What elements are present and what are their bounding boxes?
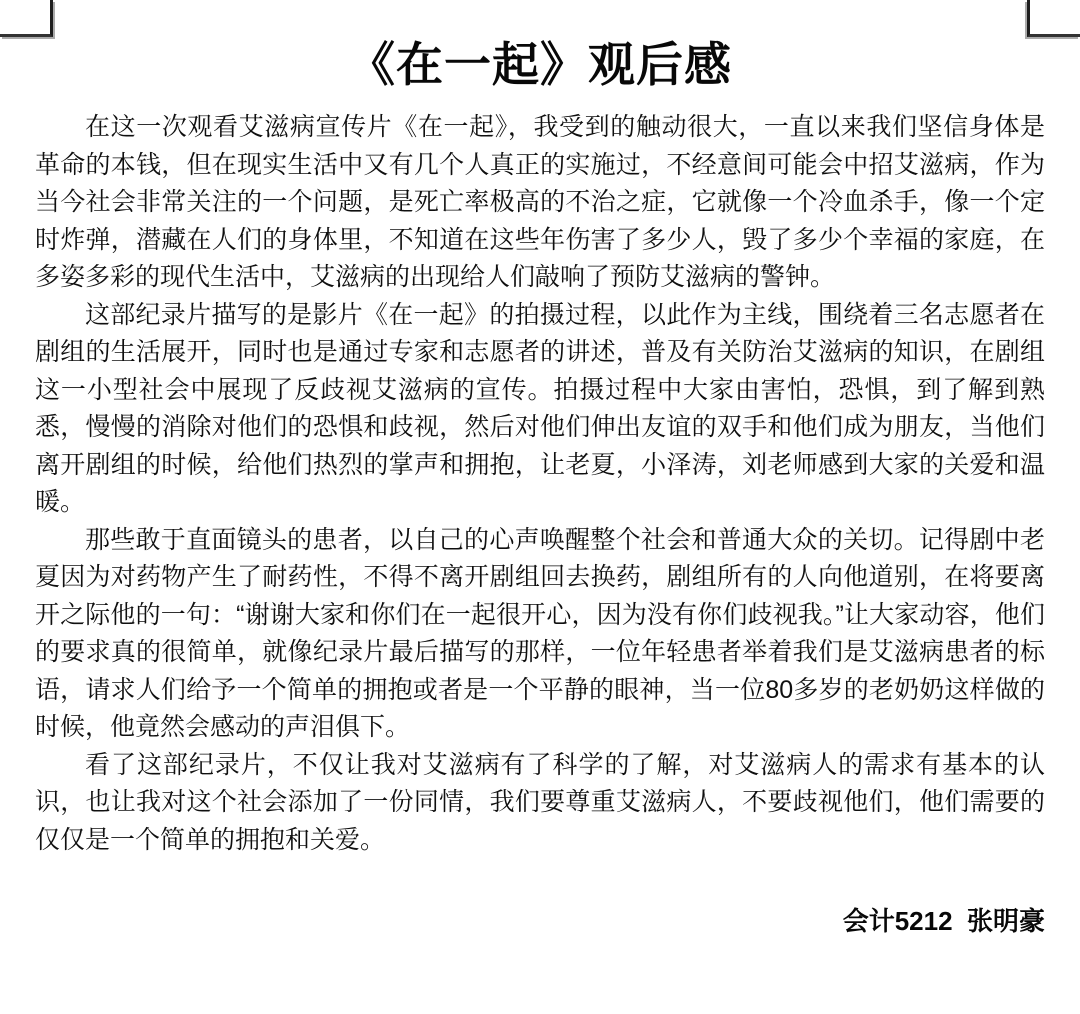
paragraph-1: 在这一次观看艾滋病宣传片《在一起》，我受到的触动很大，一直以来我们坚信身体是革命…: [35, 109, 1045, 297]
document-page: 《在一起》观后感 在这一次观看艾滋病宣传片《在一起》，我受到的触动很大，一直以来…: [0, 0, 1080, 1014]
crop-mark-top-left-icon: [0, 0, 53, 37]
paragraph-4: 看了这部纪录片，不仅让我对艾滋病有了科学的了解，对艾滋病人的需求有基本的认识，也…: [35, 747, 1045, 860]
crop-mark-top-right-icon: [1027, 0, 1080, 37]
paragraph-2: 这部纪录片描写的是影片《在一起》的拍摄过程，以此作为主线，围绕着三名志愿者在剧组…: [35, 297, 1045, 522]
document-body: 在这一次观看艾滋病宣传片《在一起》，我受到的触动很大，一直以来我们坚信身体是革命…: [35, 109, 1045, 859]
document-title: 《在一起》观后感: [0, 0, 1080, 96]
author-signature: 会计5212 张明豪: [35, 901, 1045, 938]
paragraph-3: 那些敢于直面镜头的患者，以自己的心声唤醒整个社会和普通大众的关切。记得剧中老夏因…: [35, 522, 1045, 747]
